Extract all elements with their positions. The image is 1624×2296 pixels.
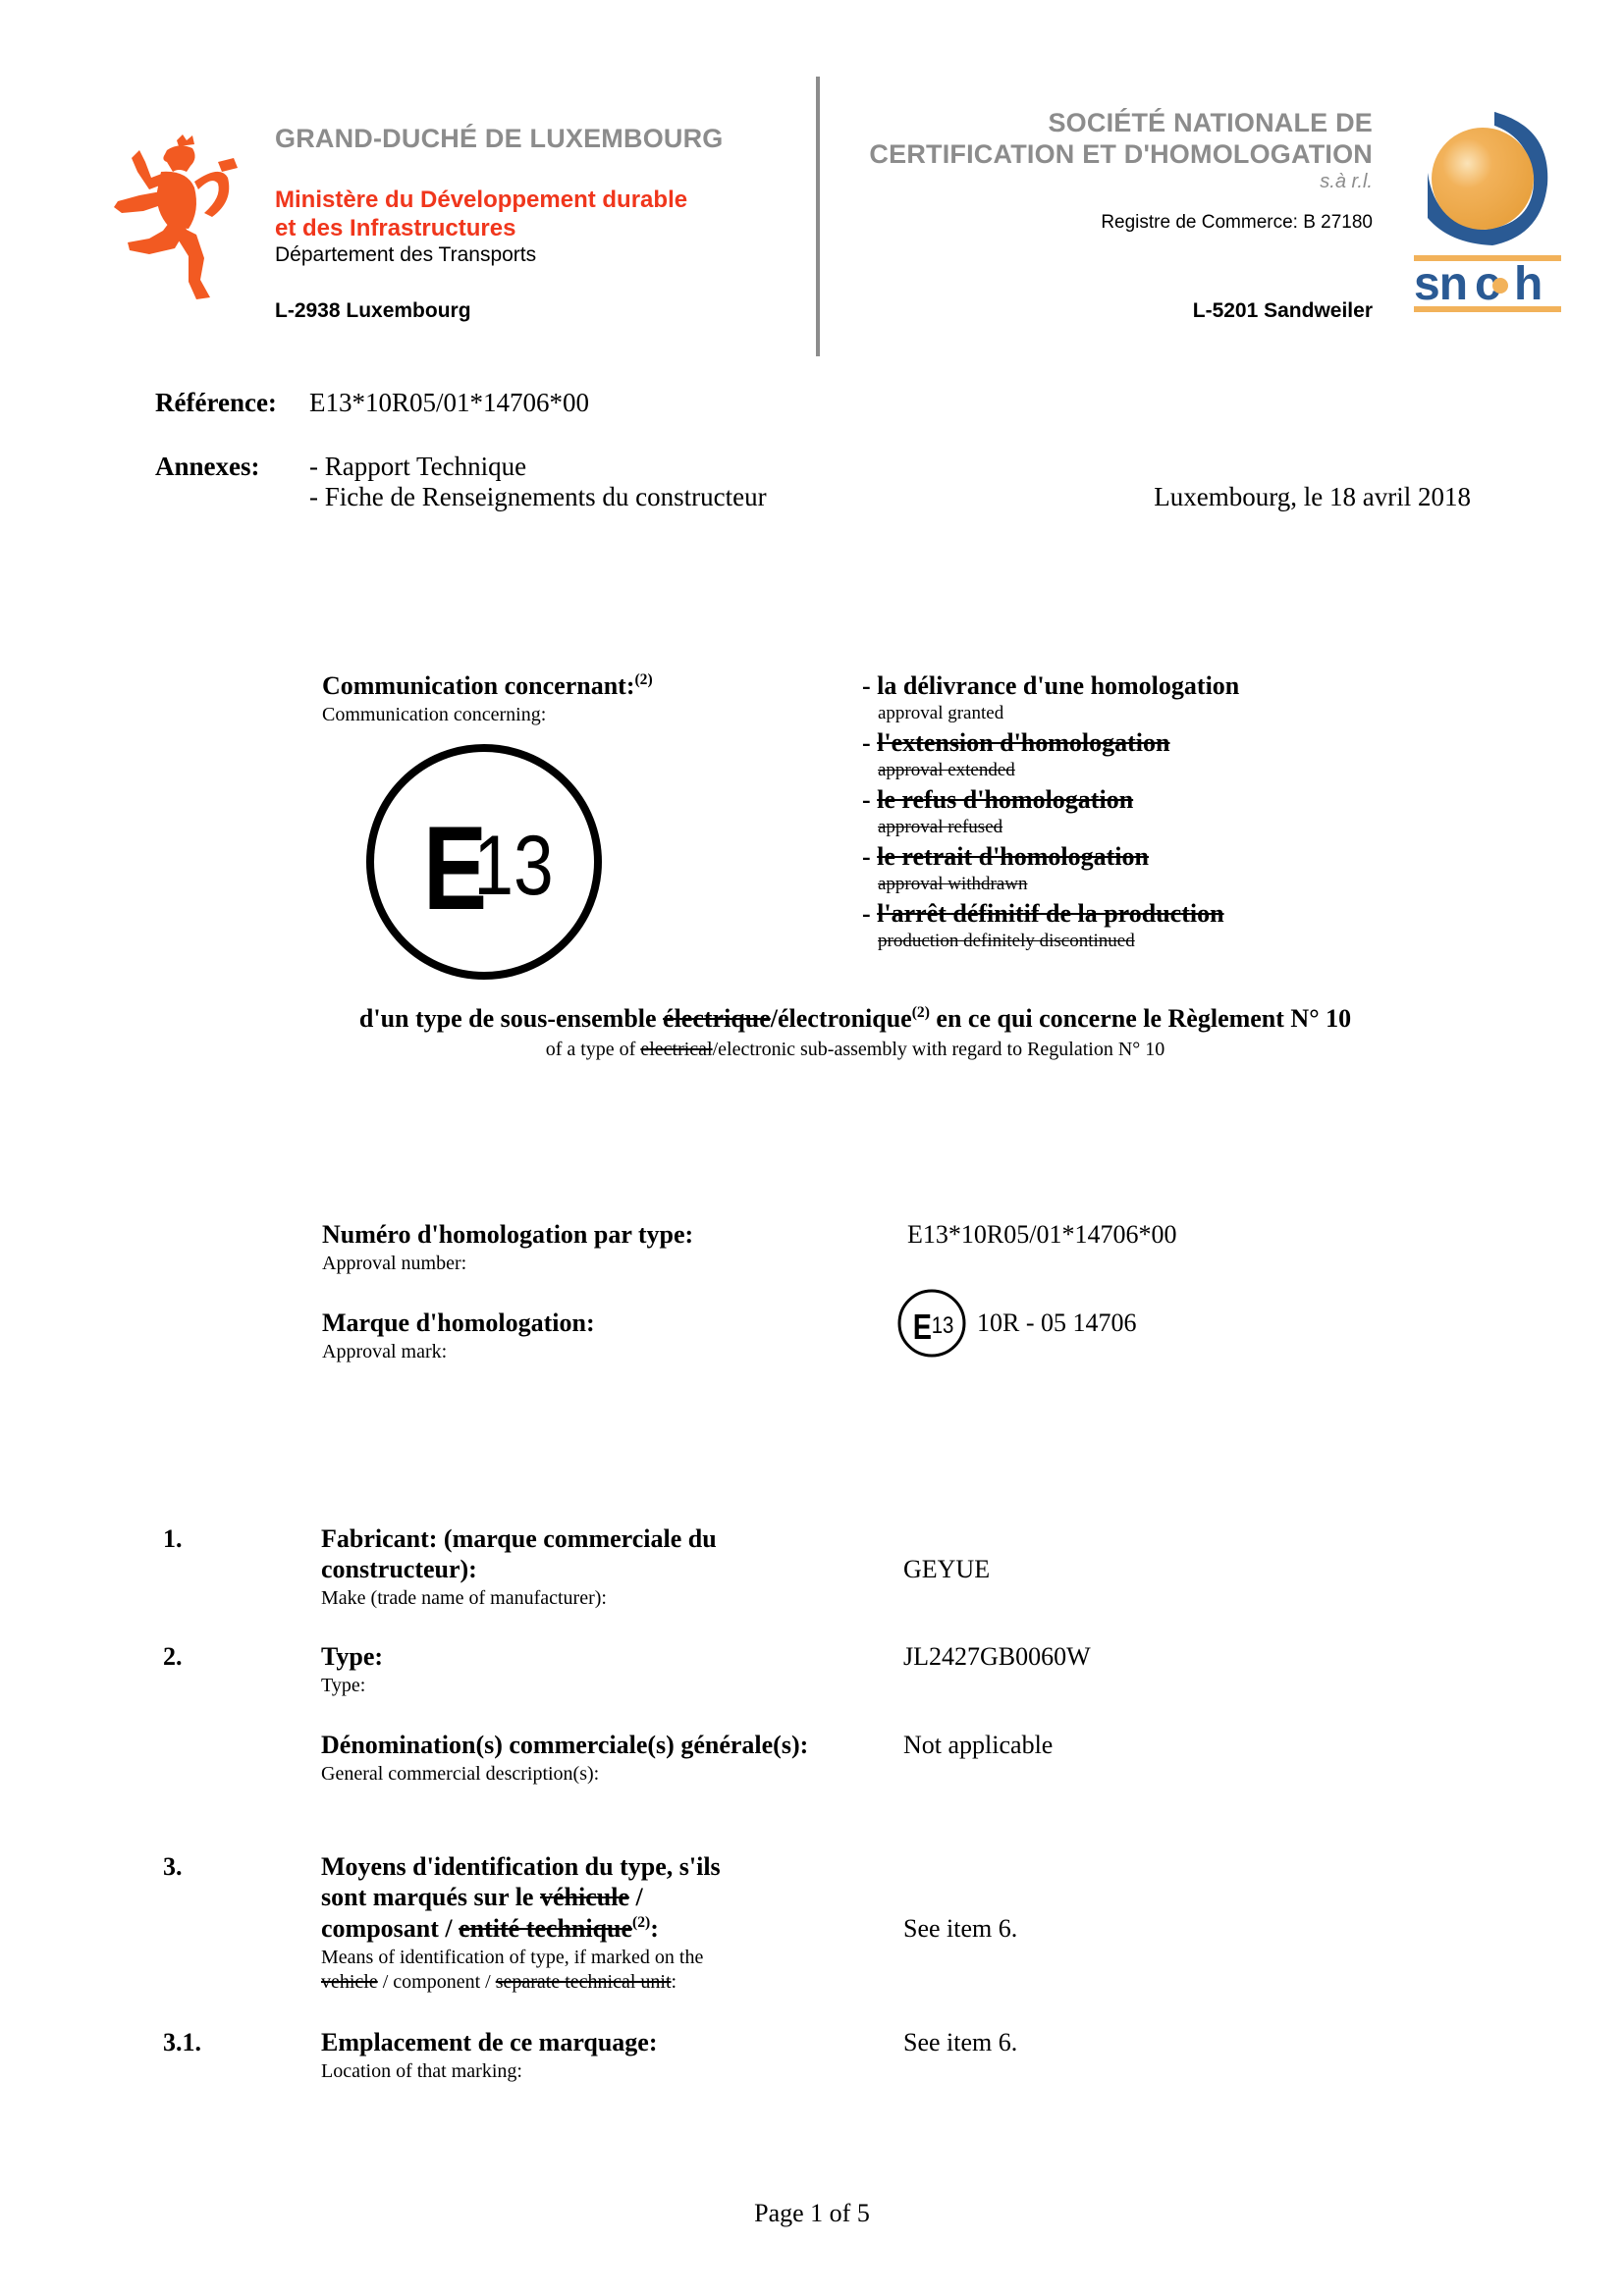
item-3-struck-text: entité technique bbox=[459, 1914, 632, 1943]
communication-option: - le retrait d'homologationapproval with… bbox=[862, 842, 1149, 895]
list-dash: - bbox=[862, 671, 877, 700]
item-2-label: Type: bbox=[321, 1642, 383, 1672]
item-1-label-line1: Fabricant: (marque commerciale du bbox=[321, 1524, 717, 1554]
communication-option-fr-text: l'arrêt définitif de la production bbox=[877, 899, 1223, 928]
reference-label: Référence: bbox=[155, 388, 277, 418]
item-31-value: See item 6. bbox=[903, 2028, 1017, 2057]
item-3-text: : bbox=[650, 1914, 659, 1943]
item-2-label-en: Type: bbox=[321, 1675, 365, 1697]
approval-mark-small-circle: E 13 bbox=[896, 1288, 967, 1359]
page-number: Page 1 of 5 bbox=[0, 2199, 1624, 2228]
footnote-ref: (2) bbox=[634, 671, 652, 688]
list-dash: - bbox=[862, 785, 877, 814]
e13-approval-circle: E 13 bbox=[364, 742, 604, 982]
header-divider bbox=[816, 77, 820, 356]
communication-option-fr: - l'arrêt définitif de la production bbox=[862, 899, 1224, 928]
approval-number-label-en: Approval number: bbox=[322, 1253, 466, 1275]
subject-en-suffix: /electronic sub-assembly with regard to … bbox=[713, 1039, 1165, 1060]
item-2b-label: Dénomination(s) commerciale(s) générale(… bbox=[321, 1731, 808, 1760]
legal-form: s.à r.l. bbox=[1320, 171, 1373, 193]
list-dash: - bbox=[862, 842, 877, 871]
communication-option-en: approval granted bbox=[862, 703, 1239, 724]
communication-option-fr: - le retrait d'homologation bbox=[862, 842, 1149, 871]
communication-label-fr: Communication concernant: bbox=[322, 671, 634, 700]
annexes-label: Annexes: bbox=[155, 452, 260, 482]
registry: Registre de Commerce: B 27180 bbox=[1101, 212, 1373, 234]
item-number: 3. bbox=[163, 1852, 183, 1882]
item-1-value: GEYUE bbox=[903, 1555, 990, 1584]
communication-option-en: approval extended bbox=[862, 760, 1170, 781]
item-number: 3.1. bbox=[163, 2028, 201, 2057]
subject-fr-mid: /électronique bbox=[771, 1004, 912, 1033]
subject-fr: d'un type de sous-ensemble électrique/él… bbox=[0, 1004, 1624, 1034]
item-3-value: See item 6. bbox=[903, 1914, 1017, 1944]
item-2b-label-en: General commercial description(s): bbox=[321, 1763, 599, 1786]
reference-value: E13*10R05/01*14706*00 bbox=[309, 388, 589, 418]
item-3-en-text: / component / bbox=[378, 1971, 496, 1993]
item-3-label-line3: composant / entité technique(2): bbox=[321, 1914, 659, 1944]
communication-label-en: Communication concerning: bbox=[322, 704, 546, 726]
ministry-line-2: et des Infrastructures bbox=[275, 215, 515, 242]
item-number: 2. bbox=[163, 1642, 183, 1672]
communication-option-fr-text: le retrait d'homologation bbox=[877, 842, 1149, 871]
communication-option: - la délivrance d'une homologationapprov… bbox=[862, 671, 1239, 724]
mark-number: 13 bbox=[473, 818, 553, 912]
communication-option: - le refus d'homologationapproval refuse… bbox=[862, 785, 1133, 838]
item-3-label-line2: sont marqués sur le véhicule / bbox=[321, 1883, 643, 1912]
approval-mark-label: Marque d'homologation: bbox=[322, 1308, 595, 1338]
left-address: L-2938 Luxembourg bbox=[275, 299, 471, 323]
document-date: Luxembourg, le 18 avril 2018 bbox=[1154, 482, 1471, 512]
communication-option-fr: - l'extension d'homologation bbox=[862, 728, 1170, 757]
luxembourg-red-lion-icon bbox=[110, 133, 243, 304]
org-line-1: SOCIÉTÉ NATIONALE DE bbox=[1048, 108, 1373, 138]
list-dash: - bbox=[862, 728, 877, 757]
list-dash: - bbox=[862, 899, 877, 928]
item-1-label-line2: constructeur): bbox=[321, 1555, 477, 1584]
item-number: 1. bbox=[163, 1524, 183, 1554]
item-3-struck-text: véhicule bbox=[540, 1883, 629, 1911]
item-3-text: sont marqués sur le bbox=[321, 1883, 540, 1911]
item-3-en-text: : bbox=[672, 1971, 677, 1993]
communication-option-en: production definitely discontinued bbox=[862, 931, 1224, 952]
footnote-ref: (2) bbox=[632, 1914, 650, 1931]
item-3-label-line1: Moyens d'identification du type, s'ils bbox=[321, 1852, 721, 1882]
subject-en-prefix: of a type of bbox=[546, 1039, 641, 1060]
svg-text:13: 13 bbox=[932, 1311, 954, 1338]
subject-fr-suffix: en ce qui concerne le Règlement N° 10 bbox=[930, 1004, 1351, 1033]
item-3-text: composant / bbox=[321, 1914, 459, 1943]
ministry-line-1: Ministère du Développement durable bbox=[275, 187, 687, 214]
item-3-en-struck: vehicle bbox=[321, 1971, 378, 1993]
e13-mark-small-icon: E 13 bbox=[896, 1288, 967, 1359]
annex-item: - Rapport Technique bbox=[309, 452, 526, 482]
snch-logo: sn c h bbox=[1414, 108, 1566, 314]
department: Département des Transports bbox=[275, 243, 536, 267]
luxembourg-lion-logo bbox=[110, 133, 243, 304]
right-address: L-5201 Sandweiler bbox=[1193, 299, 1373, 323]
item-2-value: JL2427GB0060W bbox=[903, 1642, 1091, 1672]
communication-option-fr: - la délivrance d'une homologation bbox=[862, 671, 1239, 700]
item-3-label-en-line2: vehicle / component / separate technical… bbox=[321, 1971, 677, 1994]
footnote-ref: (2) bbox=[912, 1004, 930, 1021]
e13-mark-icon: E 13 bbox=[364, 742, 604, 982]
annex-item: - Fiche de Renseignements du constructeu… bbox=[309, 482, 767, 512]
communication-option-fr-text: l'extension d'homologation bbox=[877, 728, 1169, 757]
item-3-label-en-line1: Means of identification of type, if mark… bbox=[321, 1947, 703, 1969]
subject-en: of a type of electrical/electronic sub-a… bbox=[0, 1039, 1624, 1061]
communication-option-fr-text: la délivrance d'une homologation bbox=[877, 671, 1239, 700]
approval-number-label: Numéro d'homologation par type: bbox=[322, 1220, 693, 1250]
svg-text:sn: sn bbox=[1414, 258, 1467, 310]
approval-number-value: E13*10R05/01*14706*00 bbox=[907, 1220, 1176, 1250]
approval-mark-value: 10R - 05 14706 bbox=[977, 1308, 1137, 1338]
communication-option-en: approval withdrawn bbox=[862, 874, 1149, 895]
communication-option: - l'extension d'homologationapproval ext… bbox=[862, 728, 1170, 781]
item-3-en-struck: separate technical unit bbox=[496, 1971, 672, 1993]
communication-option-fr: - le refus d'homologation bbox=[862, 785, 1133, 814]
approval-mark-label-en: Approval mark: bbox=[322, 1341, 447, 1363]
svg-text:h: h bbox=[1514, 258, 1543, 310]
item-3-text: / bbox=[629, 1883, 643, 1911]
country-title: GRAND-DUCHÉ DE LUXEMBOURG bbox=[275, 124, 724, 154]
communication-option-en: approval refused bbox=[862, 817, 1133, 838]
svg-text:E: E bbox=[913, 1307, 932, 1347]
subject-fr-prefix: d'un type de sous-ensemble bbox=[359, 1004, 663, 1033]
snch-sphere-icon: sn c h bbox=[1414, 108, 1566, 314]
item-31-label: Emplacement de ce marquage: bbox=[321, 2028, 658, 2057]
communication-option-fr-text: le refus d'homologation bbox=[877, 785, 1133, 814]
communication-option: - l'arrêt définitif de la productionprod… bbox=[862, 899, 1224, 952]
item-1-label-en: Make (trade name of manufacturer): bbox=[321, 1587, 607, 1610]
communication-label: Communication concernant:(2) bbox=[322, 671, 653, 701]
subject-fr-struck: électrique bbox=[663, 1004, 771, 1033]
item-31-label-en: Location of that marking: bbox=[321, 2060, 522, 2083]
subject-en-struck: electrical bbox=[640, 1039, 712, 1060]
org-line-2: CERTIFICATION ET D'HOMOLOGATION bbox=[869, 139, 1373, 170]
item-2b-value: Not applicable bbox=[903, 1731, 1053, 1760]
